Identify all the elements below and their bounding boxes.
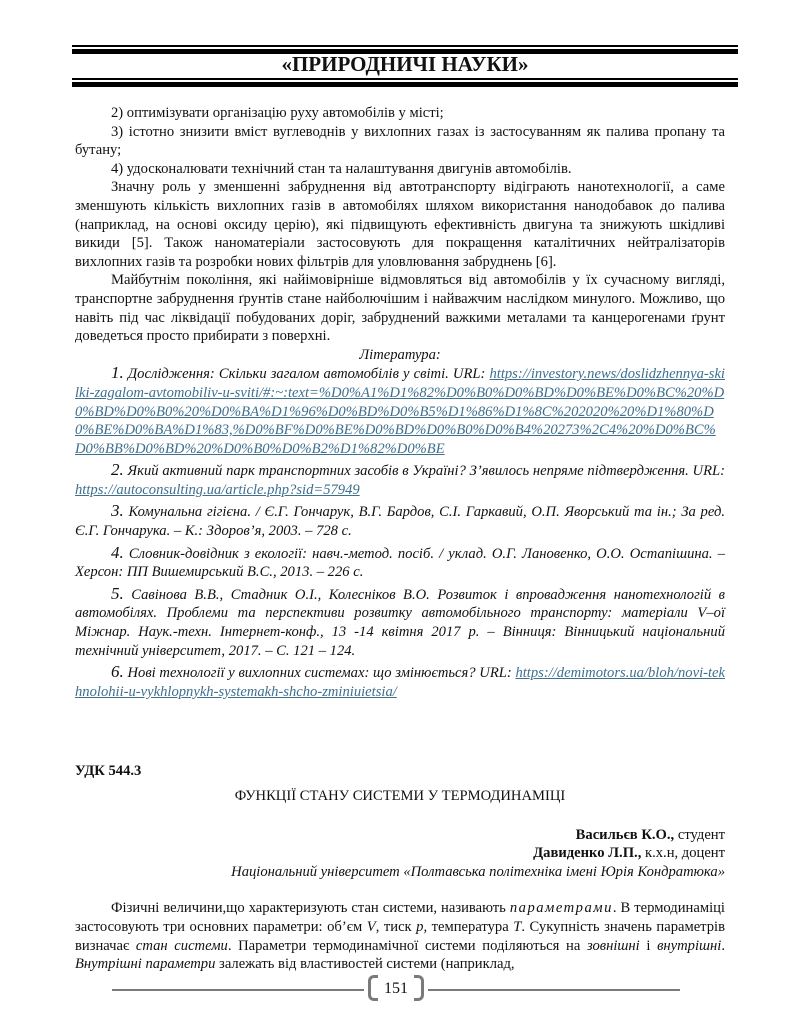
list-item: 4) удосконалювати технічний стан та нала…	[75, 160, 725, 179]
article-title: ФУНКЦІЇ СТАНУ СИСТЕМИ У ТЕРМОДИНАМІЦІ	[75, 787, 725, 806]
body-paragraph: Фізичні величини,що характеризують стан …	[75, 899, 725, 973]
emphasis-term: параметрами	[510, 900, 613, 916]
text-run: .	[721, 938, 725, 954]
symbol-volume: V	[367, 919, 376, 935]
footer-rule-right	[428, 989, 680, 991]
author-line: Давиденко Л.П., к.х.н, доцент	[75, 844, 725, 863]
reference-number: 6.	[111, 662, 124, 681]
right-brace-icon	[414, 975, 424, 1001]
reference-item: 4. Словник-довідник з екології: навч.-ме…	[75, 544, 725, 582]
reference-text: Нові технології у вихлопних системах: що…	[127, 665, 515, 681]
reference-number: 1.	[111, 363, 124, 382]
reference-number: 4.	[111, 543, 124, 562]
list-item: 3) істотно знизити вміст вуглеводнів у в…	[75, 123, 725, 160]
reference-item: 3. Комунальна гігієна. / Є.Г. Гончарук, …	[75, 502, 725, 540]
reference-item: 6. Нові технології у вихлопних системах:…	[75, 663, 725, 701]
author-role: к.х.н, доцент	[641, 845, 725, 861]
title-spacer	[75, 806, 725, 826]
header-rule-bottom	[72, 78, 738, 87]
reference-number: 2.	[111, 460, 124, 479]
list-item: 2) оптимізувати організацію руху автомоб…	[75, 104, 725, 123]
reference-text: Дослідження: Скільки загалом автомобілів…	[128, 366, 490, 382]
references-heading: Література:	[75, 346, 725, 365]
emphasis-term: стан системи	[136, 938, 228, 954]
text-run: , температура	[423, 919, 513, 935]
author-name: Васильєв К.О.,	[576, 827, 675, 843]
affiliation-spacer	[75, 881, 725, 899]
page-footer: 151	[112, 975, 680, 1005]
reference-list: 1. Дослідження: Скільки загалом автомобі…	[75, 364, 725, 701]
reference-text: Савінова В.В., Стадник О.І., Колесніков …	[75, 587, 725, 659]
emphasis-term: Внутрішні параметри	[75, 956, 215, 972]
udk-code: УДК 544.3	[75, 762, 725, 781]
page-content: 2) оптимізувати організацію руху автомоб…	[75, 104, 725, 974]
body-paragraph: Майбутнім покоління, які найімовірніше в…	[75, 271, 725, 345]
reference-text: Який активний парк транспортних засобів …	[128, 463, 725, 479]
text-run: залежать від властивостей системи (напри…	[215, 956, 514, 972]
running-title: «ПРИРОДНИЧІ НАУКИ»	[72, 50, 738, 78]
body-paragraph: Значну роль у зменшенні забруднення від …	[75, 178, 725, 271]
author-name: Давиденко Л.П.,	[533, 845, 641, 861]
text-run: , тиск	[376, 919, 416, 935]
text-run: і	[640, 938, 657, 954]
author-role: студент	[674, 827, 725, 843]
reference-item: 2. Який активний парк транспортних засоб…	[75, 461, 725, 499]
text-run: Фізичні величини,що характеризують стан …	[111, 900, 510, 916]
reference-number: 3.	[111, 501, 124, 520]
text-run: . Параметри термодинамічної системи поді…	[228, 938, 587, 954]
reference-item: 1. Дослідження: Скільки загалом автомобі…	[75, 364, 725, 458]
section-spacer	[75, 704, 725, 762]
emphasis-term: зовнішні	[587, 938, 640, 954]
reference-text: Комунальна гігієна. / Є.Г. Гончарук, В.Г…	[75, 504, 725, 539]
reference-item: 5. Савінова В.В., Стадник О.І., Колеснік…	[75, 585, 725, 660]
author-line: Васильєв К.О., студент	[75, 826, 725, 845]
reference-link[interactable]: https://autoconsulting.ua/article.php?si…	[75, 482, 360, 498]
reference-number: 5.	[111, 584, 124, 603]
emphasis-term: внутрішні	[657, 938, 721, 954]
reference-text: Словник-довідник з екології: навч.-метод…	[75, 546, 725, 581]
affiliation: Національний університет «Полтавська пол…	[75, 863, 725, 882]
